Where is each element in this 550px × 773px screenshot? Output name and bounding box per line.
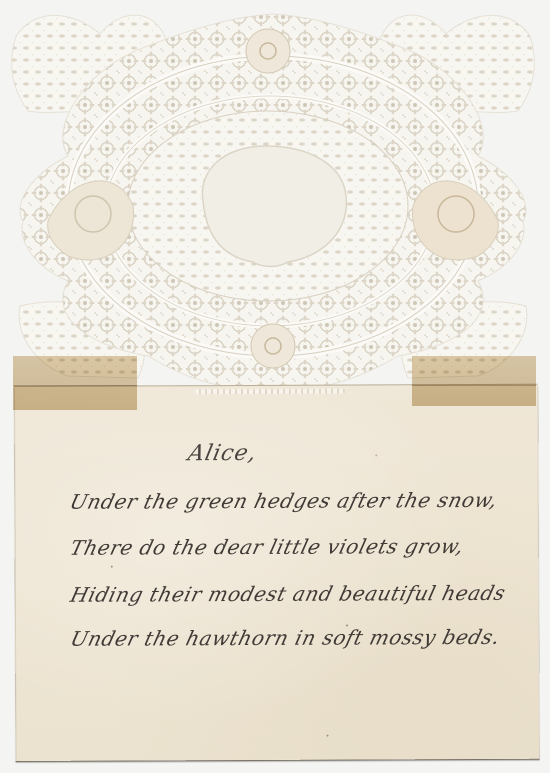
lace-pattern <box>8 6 538 391</box>
verse-line-3: Hiding their modest and beautiful heads <box>68 581 508 607</box>
paper-speck <box>375 454 377 456</box>
tape-strip-left <box>13 356 137 410</box>
salutation: Alice, <box>186 441 260 466</box>
paper-speck <box>346 625 348 627</box>
letter-paper: Alice, Under the green hedges after the … <box>14 384 540 761</box>
paper-speck <box>111 566 113 568</box>
handwritten-letter: Alice, Under the green hedges after the … <box>15 384 539 761</box>
verse-line-2: There do the dear little violets grow, <box>68 534 467 560</box>
verse-line-1: Under the green hedges after the snow, <box>68 488 501 514</box>
lace-doily <box>8 6 538 391</box>
paper-speck <box>327 735 329 737</box>
tape-strip-right <box>412 356 536 406</box>
verse-line-4: Under the hawthorn in soft mossy beds. <box>68 625 503 651</box>
